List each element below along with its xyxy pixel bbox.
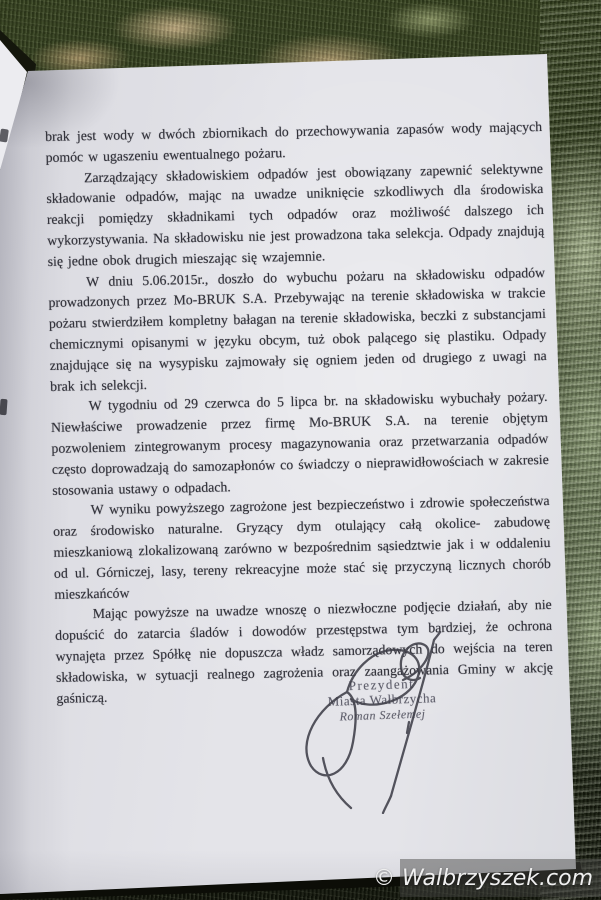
- watermark-bar: © Walbrzyszek.com: [400, 859, 601, 897]
- paragraph: W dniu 5.06.2015r., doszło do wybuchu po…: [48, 263, 547, 398]
- letter-body: brak jest wody w dwóch zbiornikach do pr…: [45, 117, 554, 709]
- underlying-page-text-fragment: [0, 399, 8, 415]
- handwritten-signature: [293, 626, 493, 814]
- document-page: brak jest wody w dwóch zbiornikach do pr…: [0, 0, 601, 900]
- paragraph: Zarządzający składowiskiem odpadów jest …: [46, 159, 545, 273]
- photo-of-document: brak jest wody w dwóch zbiornikach do pr…: [0, 0, 601, 900]
- paragraph: W tygodniu od 29 czerwca do 5 lipca br. …: [50, 387, 549, 501]
- paragraph: W wyniku powyższego zagrożone jest bezpi…: [53, 491, 552, 605]
- watermark-text: © Walbrzyszek.com: [373, 866, 593, 891]
